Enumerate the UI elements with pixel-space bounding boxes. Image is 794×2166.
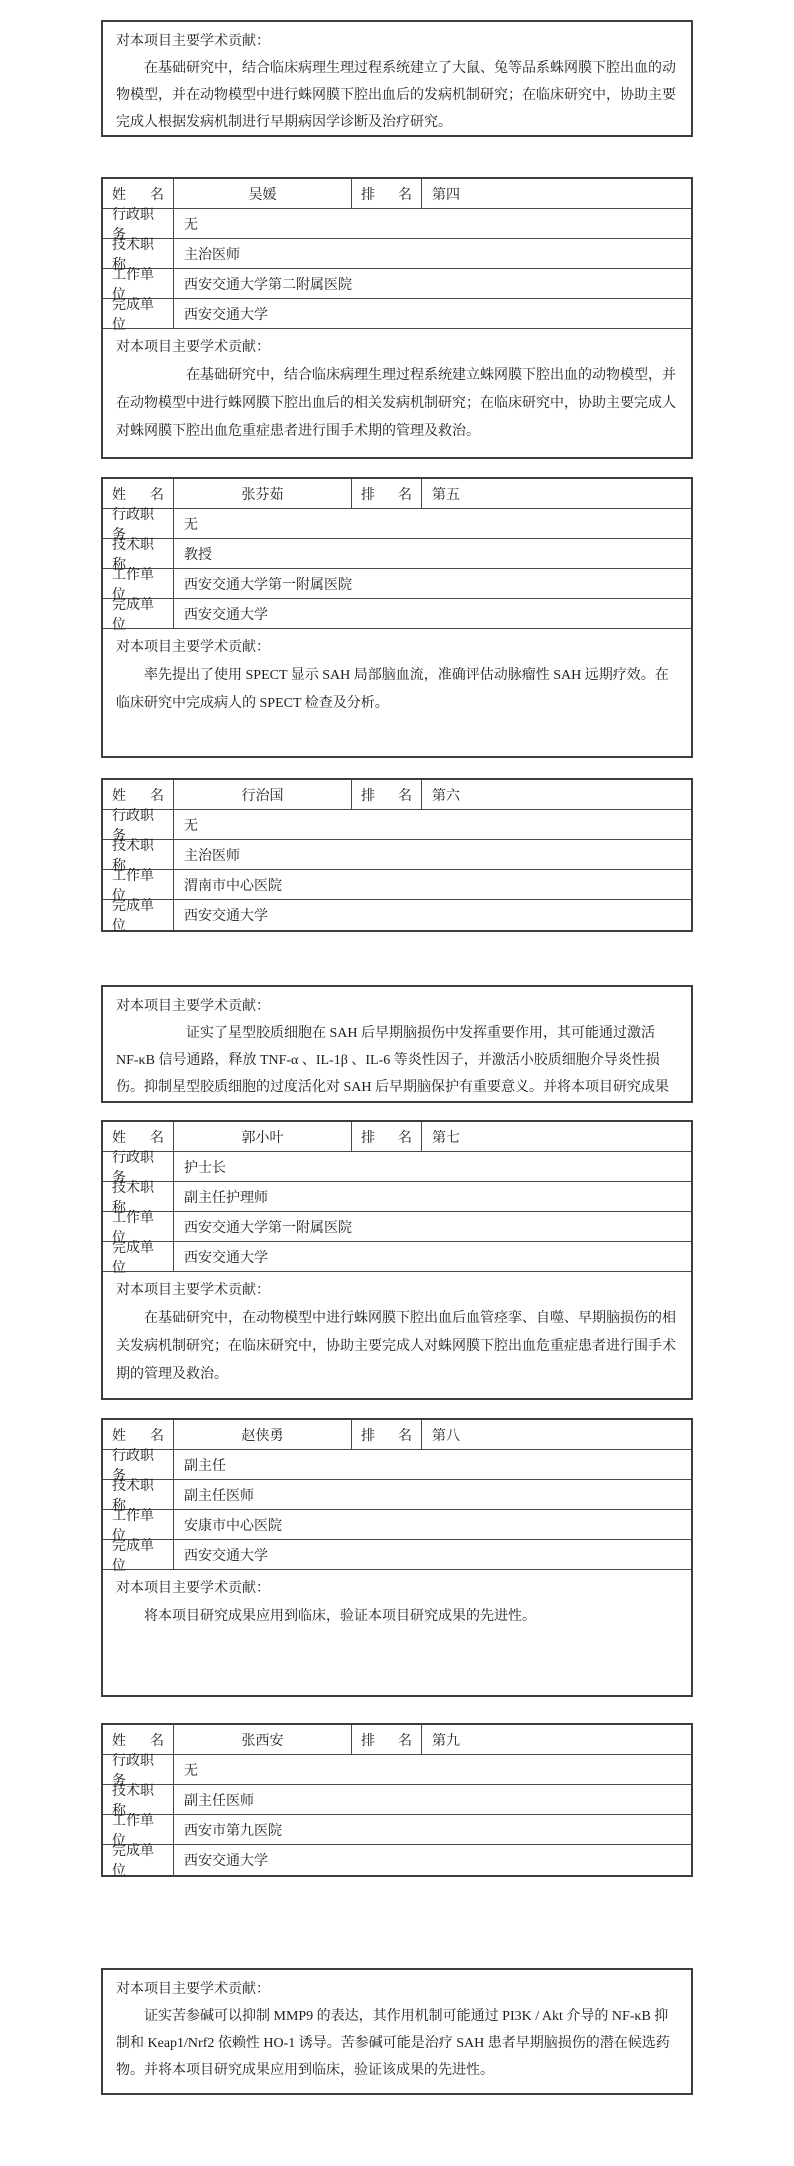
completion-unit-label: 完成单位 bbox=[103, 299, 174, 328]
row-name-rank: 姓 名 吴媛 排 名 第四 bbox=[103, 179, 691, 209]
row-tech-title: 技术职称 副主任医师 bbox=[103, 1785, 691, 1815]
completion-unit-label: 完成单位 bbox=[103, 1242, 174, 1271]
contribution-cell: 对本项目主要学术贡献： 在基础研究中，结合临床病理生理过程系统建立蛛网膜下腔出血… bbox=[103, 329, 691, 446]
row-admin-post: 行政职务 无 bbox=[103, 509, 691, 539]
name-value: 赵侠勇 bbox=[174, 1420, 352, 1449]
rank-label-char: 排 bbox=[361, 184, 375, 204]
completion-unit-value: 西安交通大学 bbox=[174, 599, 691, 628]
contribution-text: 在基础研究中，在动物模型中进行蛛网膜下腔出血后血管痉挛、自噬、早期脑损伤的相关发… bbox=[116, 1305, 678, 1389]
tech-title-value: 副主任护理师 bbox=[174, 1182, 691, 1211]
name-label-char: 姓 bbox=[112, 785, 126, 805]
contribution-heading: 对本项目主要学术贡献： bbox=[116, 1277, 678, 1305]
rank-label-char: 名 bbox=[398, 1127, 412, 1147]
row-tech-title: 技术职称 教授 bbox=[103, 539, 691, 569]
contribution-cell: 对本项目主要学术贡献： 在基础研究中，在动物模型中进行蛛网膜下腔出血后血管痉挛、… bbox=[103, 1272, 691, 1389]
rank-label-char: 名 bbox=[398, 184, 412, 204]
name-value: 吴媛 bbox=[174, 179, 352, 208]
rank-value: 第四 bbox=[422, 179, 691, 208]
contribution-heading: 对本项目主要学术贡献： bbox=[116, 993, 678, 1020]
admin-post-value: 副主任 bbox=[174, 1450, 691, 1479]
rank-value: 第七 bbox=[422, 1122, 691, 1151]
row-work-unit: 工作单位 渭南市中心医院 bbox=[103, 870, 691, 900]
row-completion-unit: 完成单位 西安交通大学 bbox=[103, 299, 691, 329]
row-admin-post: 行政职务 无 bbox=[103, 810, 691, 840]
person-table: 姓 名 郭小叶 排 名 第七 行政职务 护士长 技术职称 副主任护理师 工作单位… bbox=[101, 1120, 693, 1400]
rank-value: 第八 bbox=[422, 1420, 691, 1449]
work-unit-value: 西安市第九医院 bbox=[174, 1815, 691, 1844]
row-name-rank: 姓 名 张西安 排 名 第九 bbox=[103, 1725, 691, 1755]
row-completion-unit: 完成单位 西安交通大学 bbox=[103, 1845, 691, 1875]
rank-label-char: 排 bbox=[361, 1127, 375, 1147]
contribution-heading: 对本项目主要学术贡献： bbox=[116, 334, 678, 362]
rank-label-char: 名 bbox=[398, 484, 412, 504]
rank-label-char: 排 bbox=[361, 785, 375, 805]
row-tech-title: 技术职称 副主任护理师 bbox=[103, 1182, 691, 1212]
name-label-char: 名 bbox=[150, 1127, 164, 1147]
work-unit-value: 西安交通大学第一附属医院 bbox=[174, 1212, 691, 1241]
row-work-unit: 工作单位 西安交通大学第一附属医院 bbox=[103, 1212, 691, 1242]
row-name-rank: 姓 名 行治国 排 名 第六 bbox=[103, 780, 691, 810]
admin-post-value: 无 bbox=[174, 1755, 691, 1784]
tech-title-value: 教授 bbox=[174, 539, 691, 568]
row-completion-unit: 完成单位 西安交通大学 bbox=[103, 900, 691, 930]
name-value: 张西安 bbox=[174, 1725, 352, 1754]
row-completion-unit: 完成单位 西安交通大学 bbox=[103, 1540, 691, 1570]
person-table: 姓 名 吴媛 排 名 第四 行政职务 无 技术职称 主治医师 工作单位 西安交通… bbox=[101, 177, 693, 459]
completion-unit-value: 西安交通大学 bbox=[174, 900, 691, 930]
row-tech-title: 技术职称 副主任医师 bbox=[103, 1480, 691, 1510]
name-label-char: 名 bbox=[150, 1730, 164, 1750]
rank-label-char: 名 bbox=[398, 1730, 412, 1750]
work-unit-value: 安康市中心医院 bbox=[174, 1510, 691, 1539]
person-table: 姓 名 张西安 排 名 第九 行政职务 无 技术职称 副主任医师 工作单位 西安… bbox=[101, 1723, 693, 1877]
admin-post-value: 护士长 bbox=[174, 1152, 691, 1181]
row-tech-title: 技术职称 主治医师 bbox=[103, 840, 691, 870]
completion-unit-value: 西安交通大学 bbox=[174, 299, 691, 328]
completion-unit-label: 完成单位 bbox=[103, 1540, 174, 1569]
contribution-cell: 对本项目主要学术贡献： 将本项目研究成果应用到临床，验证本项目研究成果的先进性。 bbox=[103, 1570, 691, 1631]
contribution-section-final: 对本项目主要学术贡献： 证实苦参碱可以抑制 MMP9 的表达，其作用机制可能通过… bbox=[101, 1968, 693, 2095]
tech-title-value: 主治医师 bbox=[174, 239, 691, 268]
rank-label: 排 名 bbox=[352, 1725, 422, 1754]
contribution-text: 率先提出了使用 SPECT 显示 SAH 局部脑血流，准确评估动脉瘤性 SAH … bbox=[116, 662, 678, 718]
rank-label: 排 名 bbox=[352, 179, 422, 208]
tech-title-value: 副主任医师 bbox=[174, 1480, 691, 1509]
rank-label-char: 排 bbox=[361, 1730, 375, 1750]
contribution-text: 证实了星型胶质细胞在 SAH 后早期脑损伤中发挥重要作用，其可能通过激活 NF-… bbox=[116, 1020, 678, 1103]
rank-label: 排 名 bbox=[352, 1420, 422, 1449]
row-completion-unit: 完成单位 西安交通大学 bbox=[103, 599, 691, 629]
admin-post-value: 无 bbox=[174, 209, 691, 238]
row-tech-title: 技术职称 主治医师 bbox=[103, 239, 691, 269]
tech-title-value: 主治医师 bbox=[174, 840, 691, 869]
contribution-heading: 对本项目主要学术贡献： bbox=[116, 28, 678, 55]
person-table: 姓 名 赵侠勇 排 名 第八 行政职务 副主任 技术职称 副主任医师 工作单位 … bbox=[101, 1418, 693, 1697]
rank-label: 排 名 bbox=[352, 780, 422, 809]
admin-post-value: 无 bbox=[174, 810, 691, 839]
name-label-char: 姓 bbox=[112, 484, 126, 504]
rank-label: 排 名 bbox=[352, 1122, 422, 1151]
name-value: 行治国 bbox=[174, 780, 352, 809]
contribution-text: 在基础研究中，结合临床病理生理过程系统建立蛛网膜下腔出血的动物模型，并在动物模型… bbox=[116, 362, 678, 446]
rank-label-char: 名 bbox=[398, 1425, 412, 1445]
completion-unit-value: 西安交通大学 bbox=[174, 1242, 691, 1271]
name-label-char: 姓 bbox=[112, 1127, 126, 1147]
completion-unit-value: 西安交通大学 bbox=[174, 1845, 691, 1875]
rank-value: 第五 bbox=[422, 479, 691, 508]
contribution-section-intro: 对本项目主要学术贡献： 在基础研究中，结合临床病理生理过程系统建立了大鼠、兔等品… bbox=[101, 20, 693, 137]
rank-label: 排 名 bbox=[352, 479, 422, 508]
row-admin-post: 行政职务 副主任 bbox=[103, 1450, 691, 1480]
row-admin-post: 行政职务 无 bbox=[103, 209, 691, 239]
document-page: 对本项目主要学术贡献： 在基础研究中，结合临床病理生理过程系统建立了大鼠、兔等品… bbox=[0, 0, 794, 2166]
name-label-char: 名 bbox=[150, 785, 164, 805]
name-label-char: 姓 bbox=[112, 1425, 126, 1445]
row-work-unit: 工作单位 西安交通大学第二附属医院 bbox=[103, 269, 691, 299]
row-work-unit: 工作单位 安康市中心医院 bbox=[103, 1510, 691, 1540]
row-work-unit: 工作单位 西安交通大学第一附属医院 bbox=[103, 569, 691, 599]
rank-label-char: 排 bbox=[361, 1425, 375, 1445]
person-table: 姓 名 行治国 排 名 第六 行政职务 无 技术职称 主治医师 工作单位 渭南市… bbox=[101, 778, 693, 932]
name-label-char: 姓 bbox=[112, 184, 126, 204]
row-work-unit: 工作单位 西安市第九医院 bbox=[103, 1815, 691, 1845]
completion-unit-label: 完成单位 bbox=[103, 599, 174, 628]
row-name-rank: 姓 名 赵侠勇 排 名 第八 bbox=[103, 1420, 691, 1450]
completion-unit-label: 完成单位 bbox=[103, 900, 174, 930]
row-name-rank: 姓 名 郭小叶 排 名 第七 bbox=[103, 1122, 691, 1152]
rank-label-char: 名 bbox=[398, 785, 412, 805]
contribution-heading: 对本项目主要学术贡献： bbox=[116, 1976, 678, 2003]
contribution-text: 证实苦参碱可以抑制 MMP9 的表达，其作用机制可能通过 PI3K / Akt … bbox=[116, 2003, 678, 2084]
contribution-text: 在基础研究中，结合临床病理生理过程系统建立了大鼠、兔等品系蛛网膜下腔出血的动物模… bbox=[116, 55, 678, 136]
tech-title-value: 副主任医师 bbox=[174, 1785, 691, 1814]
contribution-text: 将本项目研究成果应用到临床，验证本项目研究成果的先进性。 bbox=[116, 1603, 678, 1631]
work-unit-value: 西安交通大学第一附属医院 bbox=[174, 569, 691, 598]
name-label-char: 名 bbox=[150, 184, 164, 204]
completion-unit-label: 完成单位 bbox=[103, 1845, 174, 1875]
person-table: 姓 名 张芬茹 排 名 第五 行政职务 无 技术职称 教授 工作单位 西安交通大… bbox=[101, 477, 693, 758]
work-unit-value: 渭南市中心医院 bbox=[174, 870, 691, 899]
rank-value: 第六 bbox=[422, 780, 691, 809]
rank-label-char: 排 bbox=[361, 484, 375, 504]
name-label-char: 姓 bbox=[112, 1730, 126, 1750]
rank-value: 第九 bbox=[422, 1725, 691, 1754]
name-label-char: 名 bbox=[150, 1425, 164, 1445]
contribution-cell: 对本项目主要学术贡献： 率先提出了使用 SPECT 显示 SAH 局部脑血流，准… bbox=[103, 629, 691, 718]
name-label-char: 名 bbox=[150, 484, 164, 504]
row-name-rank: 姓 名 张芬茹 排 名 第五 bbox=[103, 479, 691, 509]
name-value: 张芬茹 bbox=[174, 479, 352, 508]
work-unit-value: 西安交通大学第二附属医院 bbox=[174, 269, 691, 298]
contribution-section: 对本项目主要学术贡献： 证实了星型胶质细胞在 SAH 后早期脑损伤中发挥重要作用… bbox=[101, 985, 693, 1103]
name-value: 郭小叶 bbox=[174, 1122, 352, 1151]
row-completion-unit: 完成单位 西安交通大学 bbox=[103, 1242, 691, 1272]
completion-unit-value: 西安交通大学 bbox=[174, 1540, 691, 1569]
contribution-heading: 对本项目主要学术贡献： bbox=[116, 1575, 678, 1603]
admin-post-value: 无 bbox=[174, 509, 691, 538]
contribution-heading: 对本项目主要学术贡献： bbox=[116, 634, 678, 662]
row-admin-post: 行政职务 无 bbox=[103, 1755, 691, 1785]
row-admin-post: 行政职务 护士长 bbox=[103, 1152, 691, 1182]
